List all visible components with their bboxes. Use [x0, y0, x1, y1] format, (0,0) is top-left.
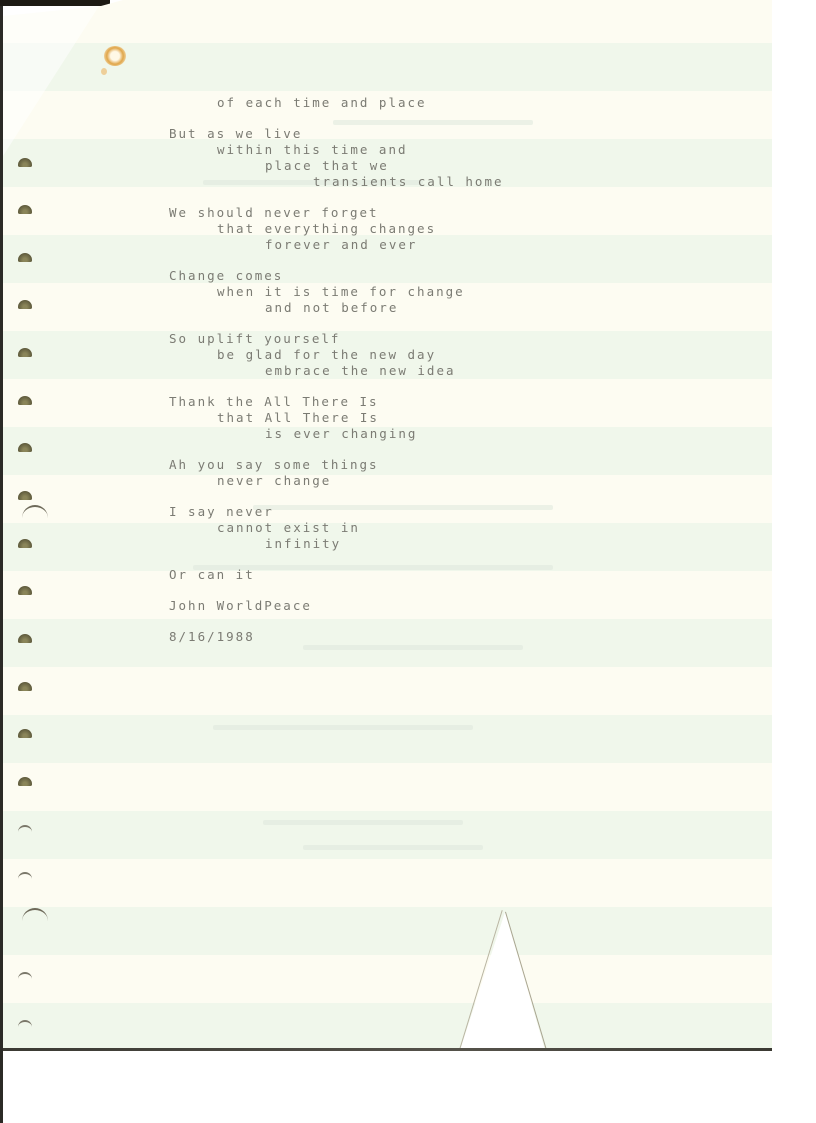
stanza-gap	[169, 614, 504, 629]
rust-stain	[104, 46, 126, 66]
poem-line: I say never	[169, 504, 504, 520]
poem-line: Ah you say some things	[169, 457, 504, 473]
scanner-edge-left	[0, 0, 3, 1123]
binder-hole	[18, 396, 32, 405]
binder-hole	[18, 253, 32, 262]
binder-hole	[18, 300, 32, 309]
poem-line: never change	[169, 473, 504, 489]
poem-line: of each time and place	[169, 95, 504, 111]
stanza-gap	[169, 190, 504, 205]
binder-hole	[18, 872, 32, 881]
poem-line: embrace the new idea	[169, 363, 504, 379]
stanza-gap	[169, 111, 504, 126]
stanza-gap	[169, 253, 504, 268]
stanza-gap	[169, 379, 504, 394]
poem-line: that everything changes	[169, 221, 504, 237]
binder-hole	[18, 586, 32, 595]
date: 8/16/1988	[169, 629, 504, 645]
poem-line: within this time and	[169, 142, 504, 158]
poem-line: But as we live	[169, 126, 504, 142]
poem-line: forever and ever	[169, 237, 504, 253]
show-through-streak	[263, 820, 463, 825]
binder-hole	[18, 729, 32, 738]
signature: John WorldPeace	[169, 598, 504, 614]
show-through-streak	[303, 845, 483, 850]
stanza-gap	[169, 442, 504, 457]
binder-hole	[18, 539, 32, 548]
stain-drip	[101, 68, 107, 75]
poem-line: that All There Is	[169, 410, 504, 426]
binder-hole	[18, 682, 32, 691]
green-bar	[3, 811, 772, 859]
stanza-gap	[169, 489, 504, 504]
poem-line: So uplift yourself	[169, 331, 504, 347]
poem-line: is ever changing	[169, 426, 504, 442]
poem-line: when it is time for change	[169, 284, 504, 300]
show-through-streak	[213, 725, 473, 730]
scanner-edge-top	[0, 0, 110, 6]
poem-line: place that we	[169, 158, 504, 174]
poem-line: be glad for the new day	[169, 347, 504, 363]
binder-hole	[18, 1020, 32, 1029]
binder-hole	[18, 491, 32, 500]
stanza-gap	[169, 583, 504, 598]
paper-bottom-edge	[3, 1048, 772, 1051]
binder-hole	[18, 158, 32, 167]
poem-line: cannot exist in	[169, 520, 504, 536]
poem-line: transients call home	[169, 174, 504, 190]
binder-hole	[18, 443, 32, 452]
green-bar	[3, 715, 772, 763]
binder-hole	[18, 825, 32, 834]
binder-hole	[18, 205, 32, 214]
poem-line: and not before	[169, 300, 504, 316]
binder-hole	[18, 634, 32, 643]
poem-line: infinity	[169, 536, 504, 552]
poem-line: Thank the All There Is	[169, 394, 504, 410]
poem-line: Change comes	[169, 268, 504, 284]
binder-hole	[18, 348, 32, 357]
show-through-streak	[303, 645, 523, 650]
poem-line: We should never forget	[169, 205, 504, 221]
stanza-gap	[169, 552, 504, 567]
green-bar	[3, 1003, 772, 1050]
binder-hole	[18, 777, 32, 786]
stanza-gap	[169, 316, 504, 331]
binder-hole	[18, 972, 32, 981]
poem-body: of each time and placeBut as we livewith…	[169, 95, 504, 645]
poem-line: Or can it	[169, 567, 504, 583]
green-bar	[3, 907, 772, 955]
